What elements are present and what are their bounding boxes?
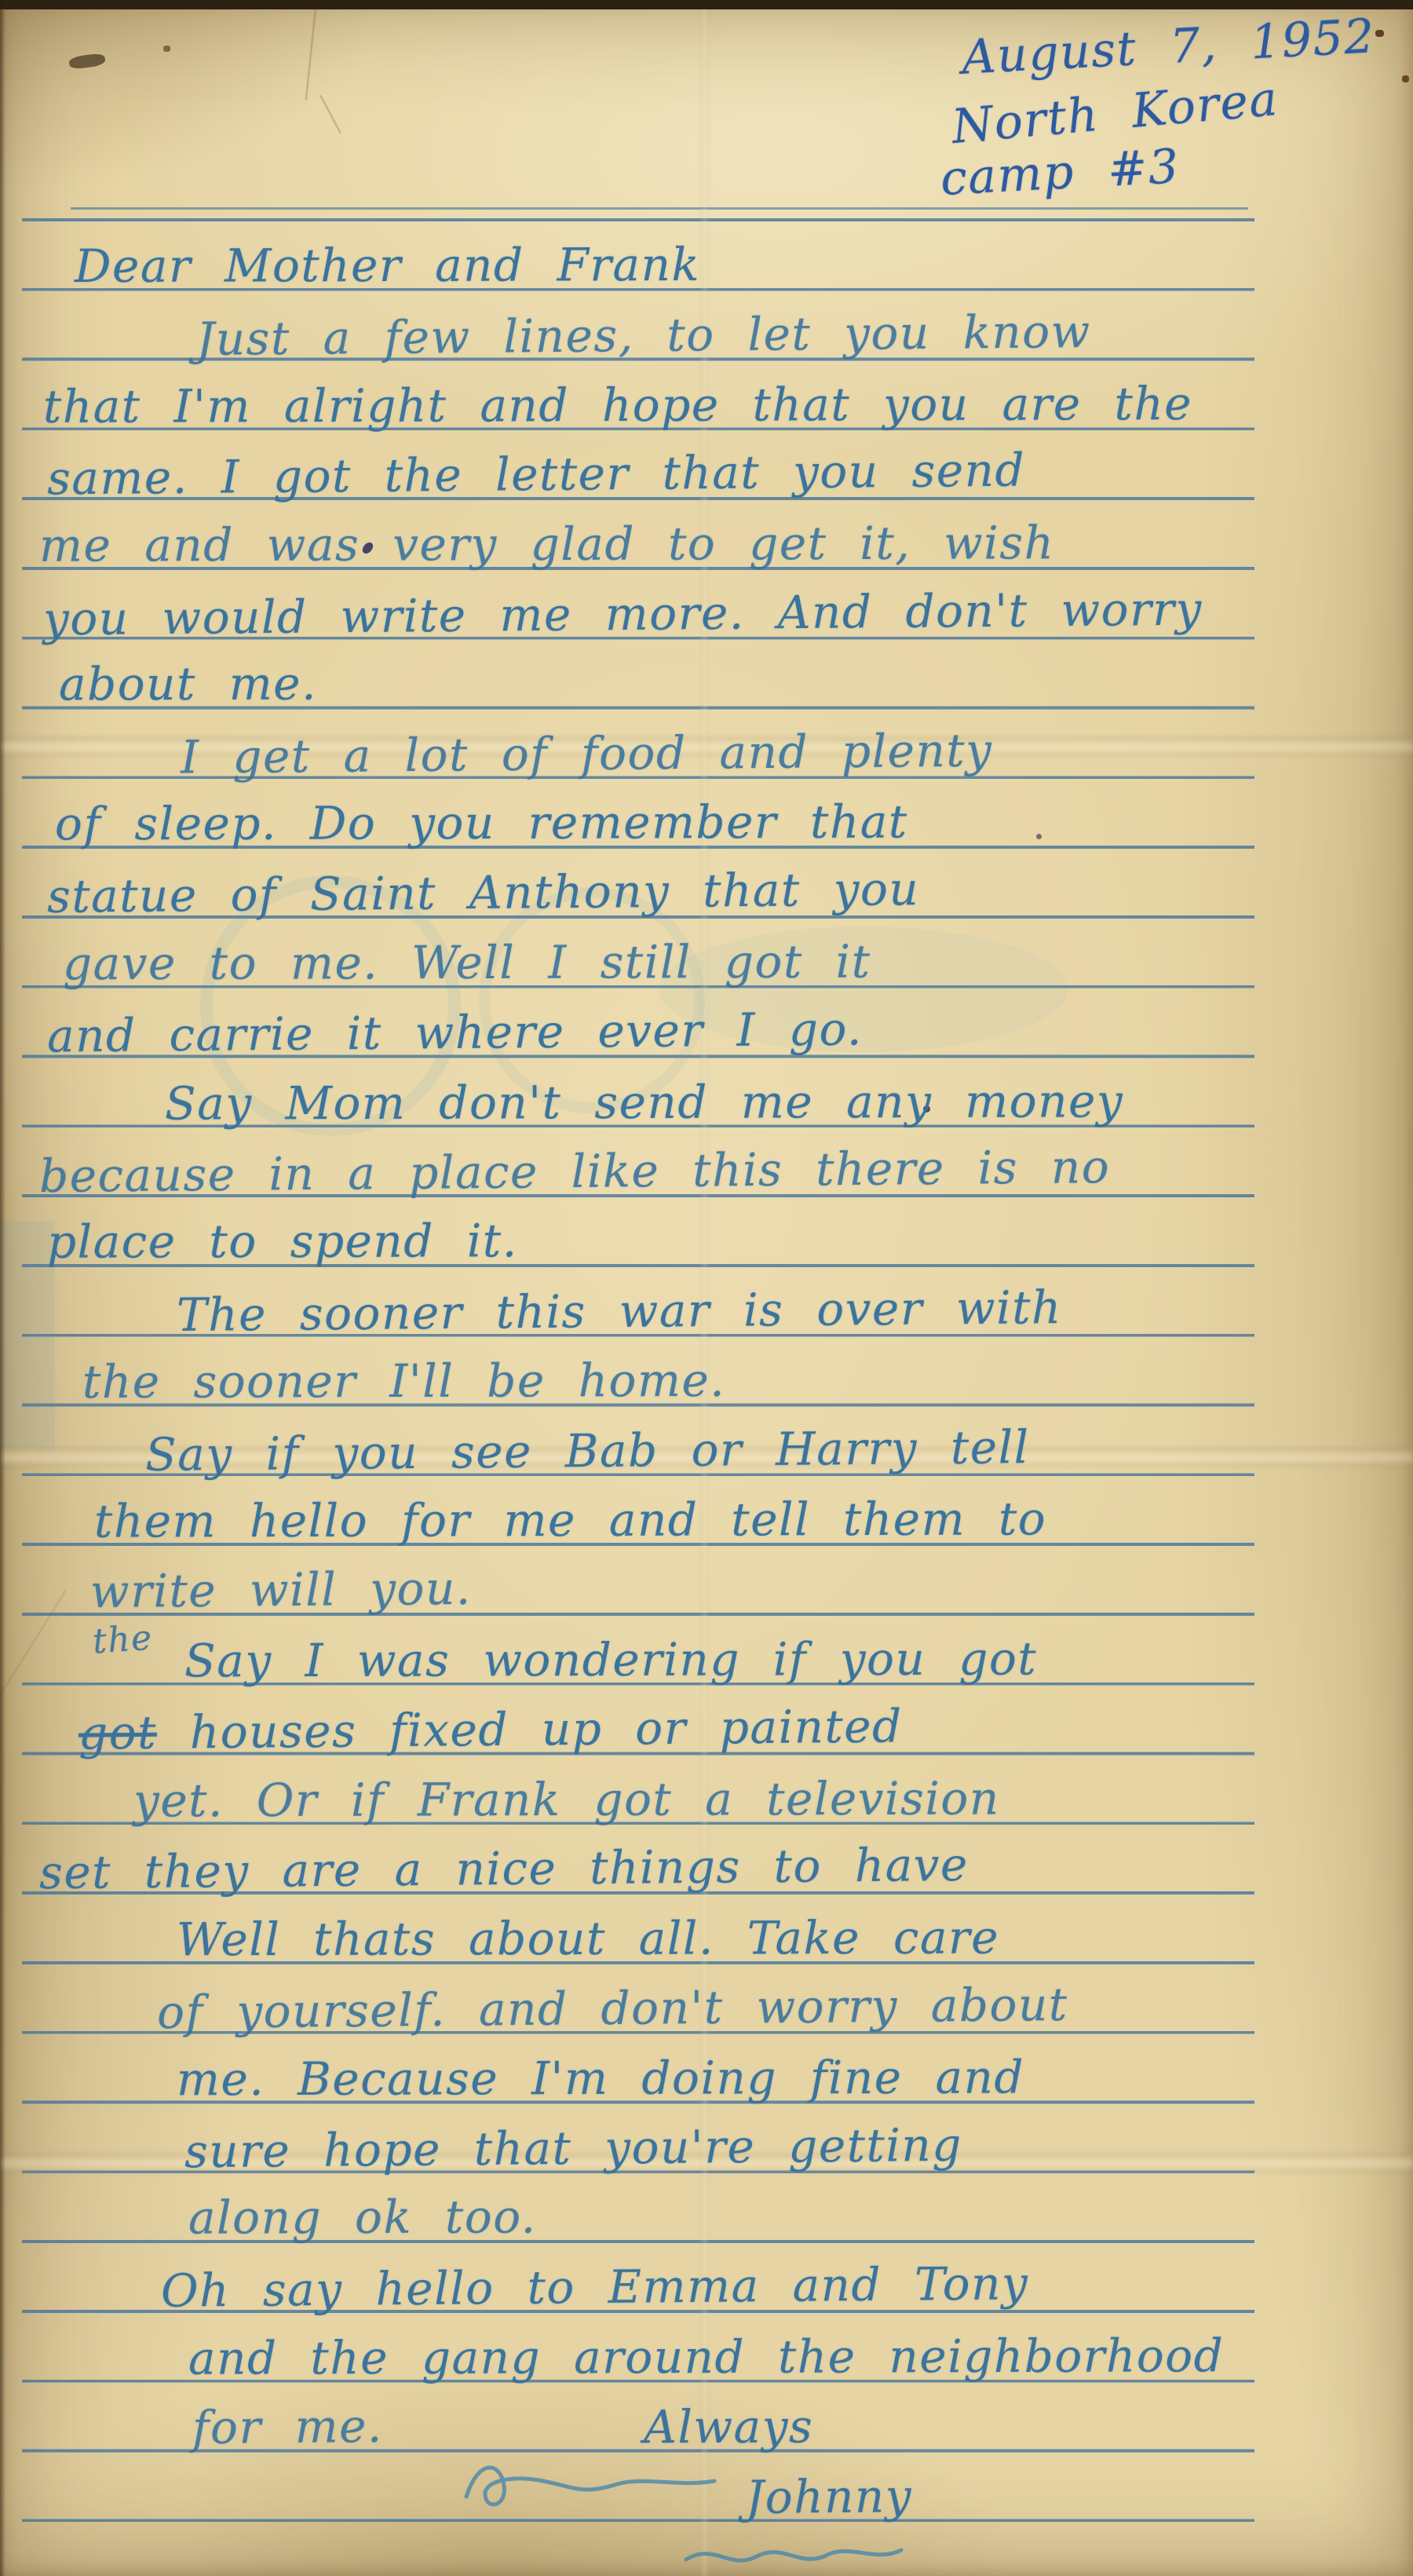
letter-line-7: about me.: [59, 658, 317, 709]
header-camp: camp #3: [940, 141, 1181, 204]
scan-edge-top: [0, 0, 1413, 9]
letter-line-4: same. I got the letter that you send: [47, 445, 1026, 504]
signature-underline-squiggle: [681, 2539, 909, 2575]
letter-line-12: and carrie it where ever I go.: [47, 1003, 863, 1061]
letter-line-30: Oh say hello to Emma and Tony: [161, 2258, 1029, 2316]
crossed-out-word: got: [78, 1706, 157, 1760]
letter-line-5: me and was very glad to get it, wish: [39, 517, 1055, 570]
letter-line-23: yet. Or if Frank got a television: [133, 1773, 1000, 1825]
paper-crease-mark: [305, 6, 317, 100]
letter-line-17: the sooner I'll be home.: [82, 1355, 725, 1407]
letter-line-2: Just a few lines, to let you know: [196, 306, 1091, 364]
letter-line-16: The sooner this war is over with: [177, 1282, 1062, 1340]
letter-line-21: Say I was wondering if you got: [184, 1634, 1037, 1686]
letter-line-29: along ok too.: [188, 2192, 537, 2243]
letter-line-27: me. Because I'm doing fine and: [177, 2052, 1024, 2104]
paper-stain: [68, 53, 106, 70]
double-top-rule: [71, 207, 1248, 210]
letter-line-8: I get a lot of food and plenty: [181, 725, 993, 782]
letter-line-20: write will you.: [90, 1563, 472, 1617]
paper-crease-mark: [319, 95, 341, 134]
scan-edge-left: [0, 0, 5, 2576]
letter-line-28: sure hope that you're getting: [184, 2119, 962, 2176]
signature-name: Johnny: [746, 2471, 913, 2523]
letter-line-11: gave to me. Well I still got it: [63, 937, 871, 989]
letter-line-13: Say Mom don't send me any money: [165, 1076, 1123, 1128]
letter-line-31: and the gang around the neighborhood: [188, 2330, 1224, 2383]
ink-blot: [1036, 834, 1042, 839]
letter-line-6: you would write me more. And don't worry: [43, 584, 1203, 645]
scanned-letter-page: August 7, 1952 North Korea camp #3 Dear …: [0, 0, 1413, 2576]
letter-line-9: of sleep. Do you remember that: [55, 797, 908, 850]
salutation-line: Dear Mother and Frank: [75, 239, 700, 291]
paper-speck: [163, 46, 170, 52]
closing-word: Always: [644, 2402, 813, 2453]
letter-line-3: that I'm alright and hope that you are t…: [43, 378, 1192, 432]
letter-line-26: of yourself. and don't worry about: [157, 1979, 1068, 2037]
signature-flourish-scribble: [455, 2451, 722, 2514]
letter-line-10: statue of Saint Anthony that you: [47, 864, 920, 922]
letter-line-25: Well thats about all. Take care: [177, 1913, 999, 1965]
letter-line-14: because in a place like this there is no: [39, 1142, 1111, 1201]
paper-speck: [1402, 75, 1409, 82]
letter-line-18: Say if you see Bab or Harry tell: [145, 1422, 1030, 1480]
header-location: North Korea: [950, 74, 1280, 152]
letter-line-19: them hello for me and tell them to: [94, 1494, 1046, 1547]
letter-line-32: for me.: [192, 2401, 383, 2453]
header-date: August 7, 1952: [961, 11, 1377, 82]
letter-line-24: set they are a nice things to have: [39, 1840, 969, 1898]
letter-line-22: got houses fixed up or painted: [78, 1701, 903, 1758]
letter-line-15: place to spend it.: [47, 1215, 518, 1267]
inserted-word: the: [91, 1619, 154, 1661]
paper-speck: [1375, 30, 1384, 37]
